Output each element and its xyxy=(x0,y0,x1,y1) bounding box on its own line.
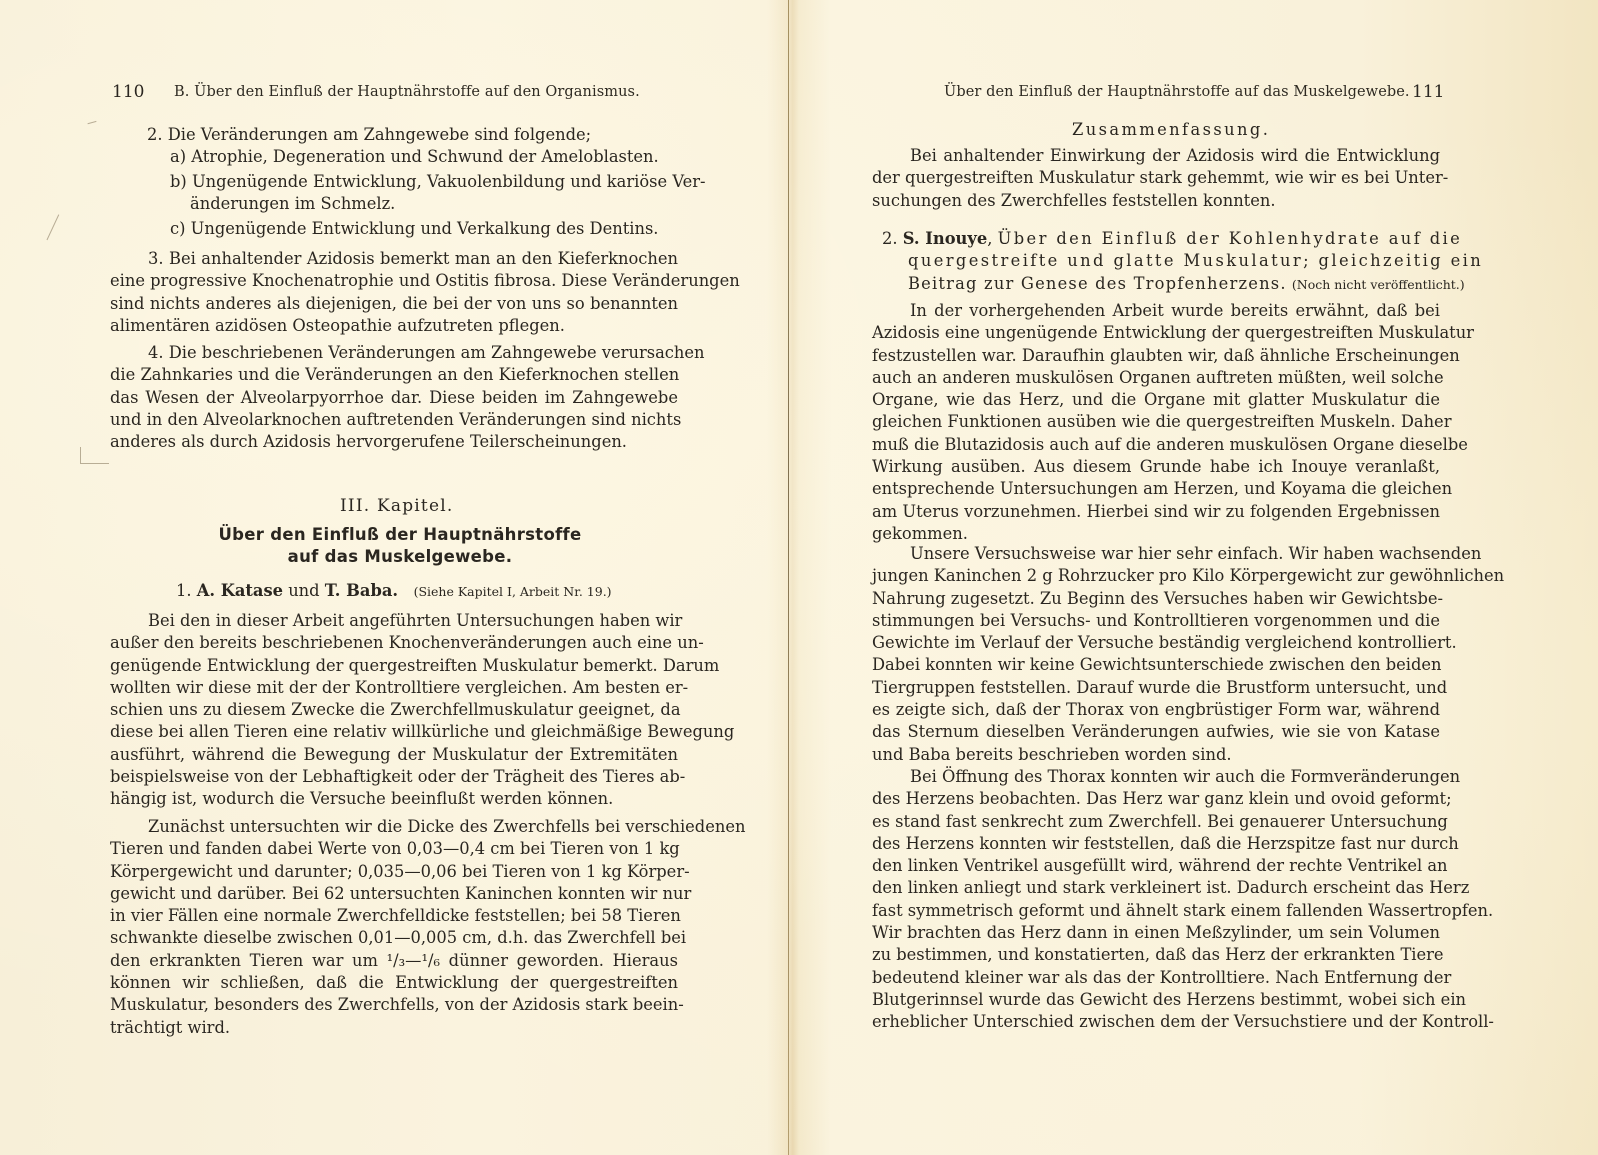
study-1-heading: 1. A. Katase und T. Baba. (Siehe Kapitel… xyxy=(176,580,696,602)
list-item-a: a) Atrophie, Degeneration und Schwund de… xyxy=(110,146,678,171)
text-line: eine progressive Knochenatrophie und Ost… xyxy=(110,270,678,292)
text-line: zu bestimmen, und konstatierten, daß das… xyxy=(872,944,1440,966)
text-line: in vier Fällen eine normale Zwerchfelldi… xyxy=(110,905,678,927)
chapter-label: III. Kapitel. xyxy=(340,496,453,516)
margin-mark xyxy=(80,447,109,464)
text-line: Gewichte im Verlauf der Versuche beständ… xyxy=(872,632,1440,654)
text-line: Wirkung ausüben. Aus diesem Grunde habe … xyxy=(872,456,1440,478)
text-line: genügende Entwicklung der quergestreifte… xyxy=(110,655,678,677)
text-line: schwankte dieselbe zwischen 0,01—0,005 c… xyxy=(110,927,678,949)
page-number: 110 xyxy=(112,82,144,102)
text-line: können wir schließen, daß die Entwicklun… xyxy=(110,972,678,994)
conclusion-item-3: 3. Bei anhaltender Azidosis bemerkt man … xyxy=(110,248,678,337)
study-1-paragraph-1: Bei den in dieser Arbeit angeführten Unt… xyxy=(110,610,678,811)
conclusion-item-4: 4. Die beschriebenen Veränderungen am Za… xyxy=(110,342,678,453)
author-connector: und xyxy=(288,581,319,600)
text-line: und Baba bereits beschrieben worden sind… xyxy=(872,744,1440,766)
text-line: In der vorhergehenden Arbeit wurde berei… xyxy=(872,300,1440,322)
text-line: des Herzens konnten wir feststellen, daß… xyxy=(872,833,1440,855)
text-line: die Zahnkaries und die Veränderungen an … xyxy=(110,364,678,386)
chapter-title: Über den Einfluß der Hauptnährstoffe auf… xyxy=(110,524,690,568)
text-line: 3. Bei anhaltender Azidosis bemerkt man … xyxy=(110,248,678,270)
text-line: den linken anliegt und stark verkleinert… xyxy=(872,877,1440,899)
summary-heading: Zusammenfassung. xyxy=(1072,120,1270,139)
text-line: gekommen. xyxy=(872,523,1440,545)
study-number: 1. xyxy=(176,581,192,600)
text-line: sind nichts anderes als diejenigen, die … xyxy=(110,293,678,315)
text-line: Nahrung zugesetzt. Zu Beginn des Versuch… xyxy=(872,588,1440,610)
text-line: und in den Alveolarknochen auftretenden … xyxy=(110,409,678,431)
text-line: das Sternum dieselben Veränderungen aufw… xyxy=(872,721,1440,743)
text-line: Muskulatur, besonders des Zwerchfells, v… xyxy=(110,994,678,1016)
chapter-title-line-2: auf das Muskelgewebe. xyxy=(110,546,690,568)
text-line: hängig ist, wodurch die Versuche beeinfl… xyxy=(110,788,678,810)
study-title-line-2: quergestreifte und glatte Muskulatur; gl… xyxy=(872,250,1440,272)
text-line: Tieren und fanden dabei Werte von 0,03—0… xyxy=(110,838,678,860)
study-title-line-1: Über den Einfluß der Kohlenhydrate auf d… xyxy=(998,229,1463,248)
study-2-paragraph-2: Unsere Versuchsweise war hier sehr einfa… xyxy=(872,543,1440,766)
study-number: 2. xyxy=(882,229,898,248)
author-name: S. Inouye xyxy=(903,229,987,248)
text-line: Zunächst untersuchten wir die Dicke des … xyxy=(110,816,678,838)
chapter-title-line-1: Über den Einfluß der Hauptnährstoffe xyxy=(110,524,690,546)
study-2-paragraph-1: In der vorhergehenden Arbeit wurde berei… xyxy=(872,300,1440,545)
running-head: B. Über den Einfluß der Hauptnährstoffe … xyxy=(174,84,640,100)
text-line: anderes als durch Azidosis hervorgerufen… xyxy=(110,431,678,453)
text-line: es zeigte sich, daß der Thorax von engbr… xyxy=(872,699,1440,721)
text-line: alimentären azidösen Osteopathie aufzutr… xyxy=(110,315,678,337)
page-number: 111 xyxy=(1412,82,1444,102)
publication-note: (Noch nicht veröffentlicht.) xyxy=(1292,277,1465,292)
book-gutter xyxy=(788,0,789,1155)
text-line: Wir brachten das Herz dann in einen Meßz… xyxy=(872,922,1440,944)
study-2-paragraph-3: Bei Öffnung des Thorax konnten wir auch … xyxy=(872,766,1440,1034)
text-line: fast symmetrisch geformt und ähnelt star… xyxy=(872,900,1440,922)
text-line: das Wesen der Alveolarpyorrhoe dar. Dies… xyxy=(110,387,678,409)
text-line: gleichen Funktionen ausüben wie die quer… xyxy=(872,411,1440,433)
author-name: T. Baba. xyxy=(325,581,398,600)
author-name: A. Katase xyxy=(197,581,283,600)
text-line: Bei Öffnung des Thorax konnten wir auch … xyxy=(872,766,1440,788)
text-line: Bei den in dieser Arbeit angeführten Unt… xyxy=(110,610,678,632)
text-line: trächtigt wird. xyxy=(110,1017,678,1039)
text-line: schien uns zu diesem Zwecke die Zwerchfe… xyxy=(110,699,678,721)
text-line: den linken Ventrikel ausgefüllt wird, wä… xyxy=(872,855,1440,877)
text-line: suchungen des Zwerchfelles feststellen k… xyxy=(872,190,1440,212)
conclusion-item-2: 2. Die Veränderungen am Zahngewebe sind … xyxy=(110,124,678,240)
text-line: entsprechende Untersuchungen am Herzen, … xyxy=(872,478,1440,500)
text-line: gewicht und darüber. Bei 62 untersuchten… xyxy=(110,883,678,905)
running-head: Über den Einfluß der Hauptnährstoffe auf… xyxy=(944,84,1410,100)
study-2-heading: 2. S. Inouye, Über den Einfluß der Kohle… xyxy=(872,228,1440,295)
text-line: wollten wir diese mit der der Kontrollti… xyxy=(110,677,678,699)
text-line: jungen Kaninchen 2 g Rohrzucker pro Kilo… xyxy=(872,565,1440,587)
text-line: auch an anderen muskulösen Organen auftr… xyxy=(872,367,1440,389)
text-line: am Uterus vorzunehmen. Hierbei sind wir … xyxy=(872,501,1440,523)
text-line: beispielsweise von der Lebhaftigkeit ode… xyxy=(110,766,678,788)
list-item-c: c) Ungenügende Entwicklung und Verkalkun… xyxy=(110,218,678,240)
text-line: diese bei allen Tieren eine relativ will… xyxy=(110,721,678,743)
text-line: 2. Die Veränderungen am Zahngewebe sind … xyxy=(110,124,678,146)
text-line: bedeutend kleiner war als das der Kontro… xyxy=(872,967,1440,989)
text-line: Bei anhaltender Einwirkung der Azidosis … xyxy=(872,145,1440,167)
text-line: den erkrankten Tieren war um ¹/₃—¹/₆ dün… xyxy=(110,950,678,972)
text-line: Unsere Versuchsweise war hier sehr einfa… xyxy=(872,543,1440,565)
list-item-b: b) Ungenügende Entwicklung, Vakuolenbild… xyxy=(110,171,678,193)
text-line: muß die Blutazidosis auch auf die andere… xyxy=(872,434,1440,456)
study-title-line-3: Beitrag zur Genese des Tropfenherzens. xyxy=(908,274,1287,293)
reference-note: (Siehe Kapitel I, Arbeit Nr. 19.) xyxy=(414,584,612,599)
text-line: Dabei konnten wir keine Gewichtsuntersch… xyxy=(872,654,1440,676)
text-line: festzustellen war. Daraufhin glaubten wi… xyxy=(872,345,1440,367)
list-item-b-cont: änderungen im Schmelz. xyxy=(110,193,678,218)
text-line: 4. Die beschriebenen Veränderungen am Za… xyxy=(110,342,678,364)
text-line: Azidosis eine ungenügende Entwicklung de… xyxy=(872,322,1440,344)
study-1-paragraph-2: Zunächst untersuchten wir die Dicke des … xyxy=(110,816,678,1039)
text-line: Organe, wie das Herz, und die Organe mit… xyxy=(872,389,1440,411)
text-line: des Herzens beobachten. Das Herz war gan… xyxy=(872,788,1440,810)
text-line: der quergestreiften Muskulatur stark geh… xyxy=(872,167,1440,189)
text-line: Tiergruppen feststellen. Darauf wurde di… xyxy=(872,677,1440,699)
text-line: Blutgerinnsel wurde das Gewicht des Herz… xyxy=(872,989,1440,1011)
text-line: stimmungen bei Versuchs- und Kontrolltie… xyxy=(872,610,1440,632)
text-line: ausführt, während die Bewegung der Musku… xyxy=(110,744,678,766)
summary-paragraph: Bei anhaltender Einwirkung der Azidosis … xyxy=(872,145,1440,212)
text-line: außer den bereits beschriebenen Knochenv… xyxy=(110,632,678,654)
text-line: Körpergewicht und darunter; 0,035—0,06 b… xyxy=(110,861,678,883)
text-line: erheblicher Unterschied zwischen dem der… xyxy=(872,1011,1440,1033)
text-line: es stand fast senkrecht zum Zwerchfell. … xyxy=(872,811,1440,833)
